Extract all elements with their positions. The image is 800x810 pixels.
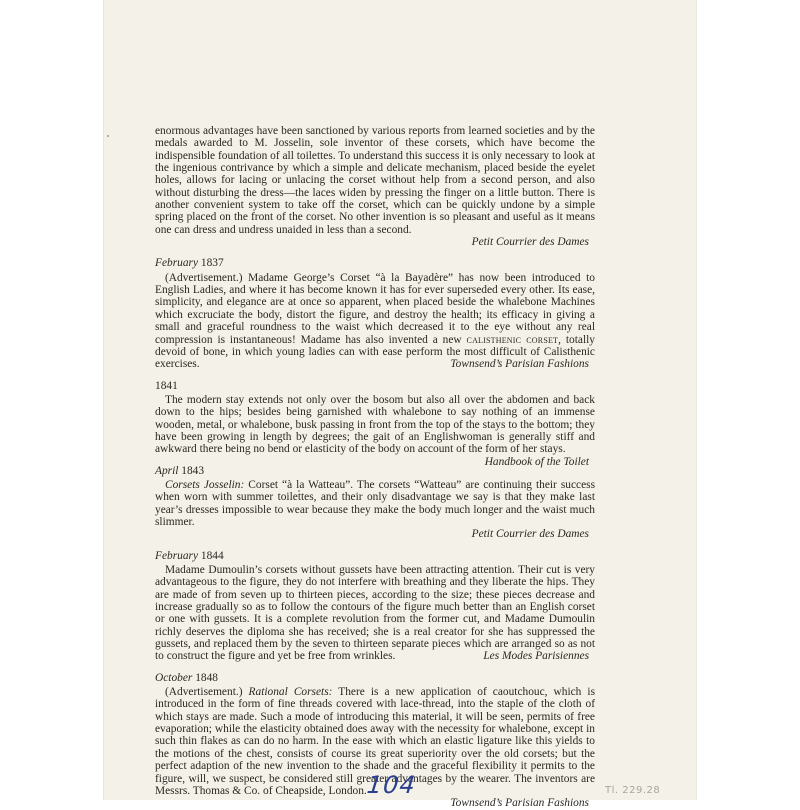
entry-february-1837: February 1837 (Advertisement.) Madame Ge…	[155, 257, 595, 370]
entry-year: 1843	[181, 465, 204, 477]
entry-year: 1841	[155, 380, 178, 392]
entry-source: Les Modes Parisiennes	[473, 650, 595, 662]
entry-month: April	[155, 465, 178, 477]
scanned-page: enormous advantages have been sanctioned…	[103, 0, 697, 800]
entry-source: Townsend’s Parisian Fashions	[440, 358, 595, 370]
entry-date: 1841	[155, 380, 595, 392]
entry-body: (Advertisement.) Madame George’s Corset …	[155, 272, 595, 371]
entry-1841: 1841 The modern stay extends not only ov…	[155, 380, 595, 456]
pencil-catalog-note: Tl. 229.28	[605, 785, 660, 796]
entry-body-text: The modern stay extends not only over th…	[155, 394, 595, 455]
entry-body-italic-lead: Rational Corsets:	[249, 686, 333, 698]
paper-speck	[107, 135, 109, 137]
entry-month: October	[155, 672, 192, 684]
entry-source: Petit Courrier des Dames	[155, 236, 595, 248]
entry-body: enormous advantages have been sanctioned…	[155, 125, 595, 236]
entry-source: Petit Courrier des Dames	[155, 528, 595, 540]
entry-date: October 1848	[155, 672, 595, 684]
entry-body: The modern stay extends not only over th…	[155, 394, 595, 456]
entry-continuation: enormous advantages have been sanctioned…	[155, 125, 595, 248]
entry-year: 1844	[201, 550, 224, 562]
entry-april-1843: April 1843 Corsets Josselin: Corset “à l…	[155, 465, 595, 541]
entry-body-italic-lead: Corsets Josselin:	[165, 479, 244, 491]
handwritten-page-number: 104	[366, 771, 418, 799]
entry-month: February	[155, 550, 198, 562]
entry-month: February	[155, 257, 198, 269]
entry-body: Corsets Josselin: Corset “à la Watteau”.…	[155, 479, 595, 528]
entry-body-text: Madame Dumoulin’s corsets without gusset…	[155, 564, 595, 662]
entry-date: February 1844	[155, 550, 595, 562]
entry-year: 1837	[201, 257, 224, 269]
entry-february-1844: February 1844 Madame Dumoulin’s corsets …	[155, 550, 595, 663]
entry-body: Madame Dumoulin’s corsets without gusset…	[155, 564, 595, 663]
text-column: enormous advantages have been sanctioned…	[155, 125, 595, 800]
entry-body-prefix: (Advertisement.)	[165, 686, 249, 698]
entry-year: 1848	[195, 672, 218, 684]
entry-body-smallcaps: calisthenic corset	[467, 334, 559, 346]
entry-source: Handbook of the Toilet	[475, 456, 595, 468]
paper-speck	[298, 490, 300, 492]
entry-date: February 1837	[155, 257, 595, 269]
